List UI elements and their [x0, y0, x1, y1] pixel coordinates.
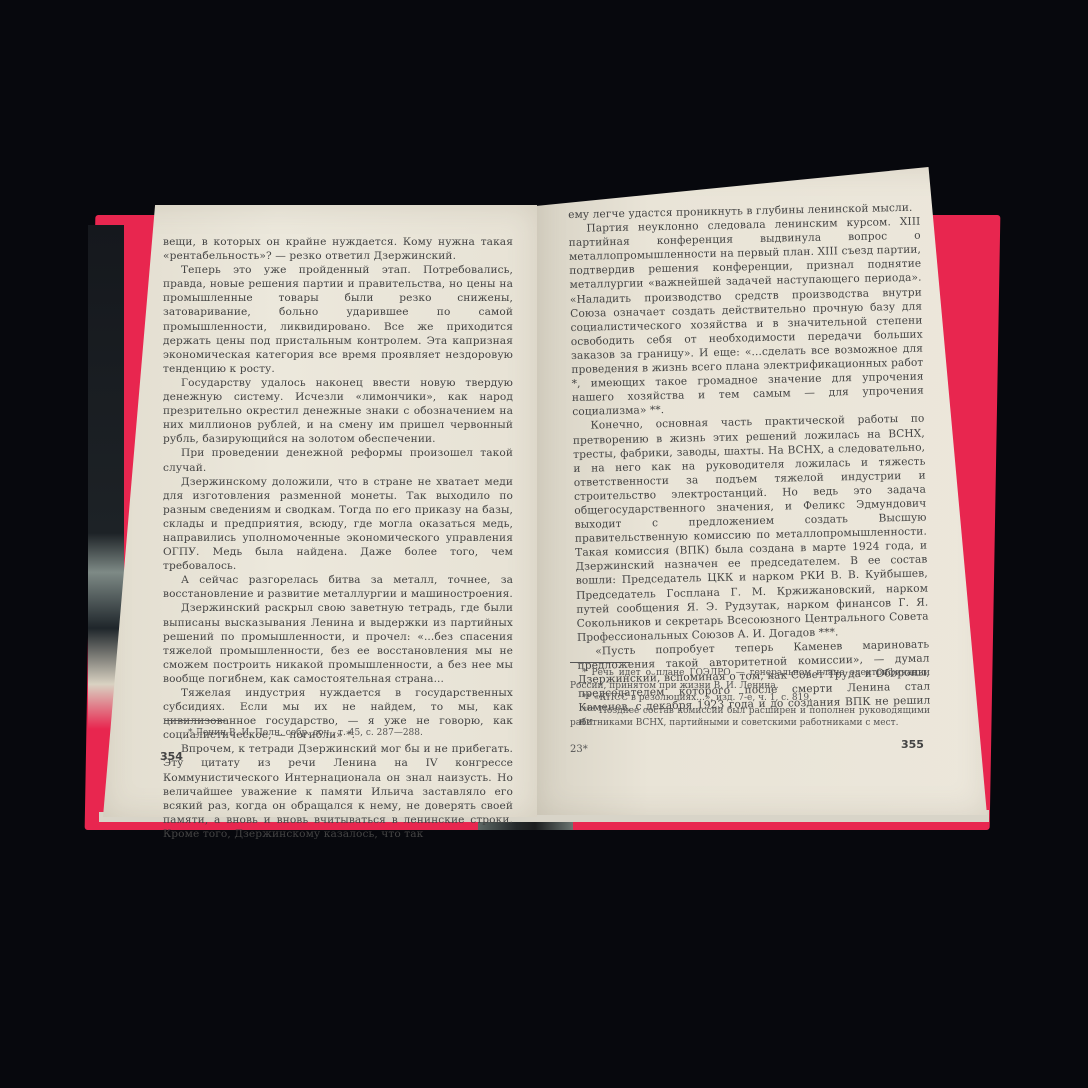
page-number-right: 355	[901, 738, 924, 751]
paragraph: Дзержинскому доложили, что в стране не х…	[163, 475, 513, 574]
paragraph: Впрочем, к тетради Дзержинский мог бы и …	[163, 742, 513, 841]
paragraph: Теперь это уже пройденный этап. Потребов…	[163, 263, 513, 376]
paragraph: А сейчас разгорелась битва за металл, то…	[163, 573, 513, 601]
left-page-body: вещи, в которых он крайне нуждается. Ком…	[163, 235, 513, 841]
paragraph: Дзержинский раскрыл свою заветную тетрад…	[163, 601, 513, 686]
photo-scene: вещи, в которых он крайне нуждается. Ком…	[0, 0, 1088, 1088]
left-footnotes: * Ленин В. И. Полн. собр. соч., т. 45, с…	[176, 727, 506, 740]
paragraph: Партия неуклонно следовала ленинским кур…	[568, 215, 924, 420]
footnote: * Речь идет о плане ГОЭЛРО — генеральном…	[570, 667, 930, 692]
paragraph: При проведении денежной реформы произоше…	[163, 446, 513, 474]
right-page-body: ему легче удастся проникнуть в глубины л…	[568, 201, 931, 730]
paragraph: Государству удалось наконец ввести новую…	[163, 376, 513, 446]
paragraph: Конечно, основная часть практической раб…	[572, 412, 929, 645]
footnote: * Ленин В. И. Полн. собр. соч., т. 45, с…	[176, 727, 506, 740]
footnote: *** Позднее состав комиссии был расширен…	[570, 705, 930, 730]
footnote-divider	[570, 662, 630, 663]
footnote-divider	[165, 720, 225, 721]
right-footnotes: * Речь идет о плане ГОЭЛРО — генеральном…	[570, 667, 930, 730]
signature-mark: 23*	[570, 744, 588, 755]
page-number-left: 354	[160, 750, 183, 763]
paragraph: вещи, в которых он крайне нуждается. Ком…	[163, 235, 513, 263]
footnote: ** «КПСС в резолюциях...», изд. 7-е, ч. …	[570, 692, 930, 705]
